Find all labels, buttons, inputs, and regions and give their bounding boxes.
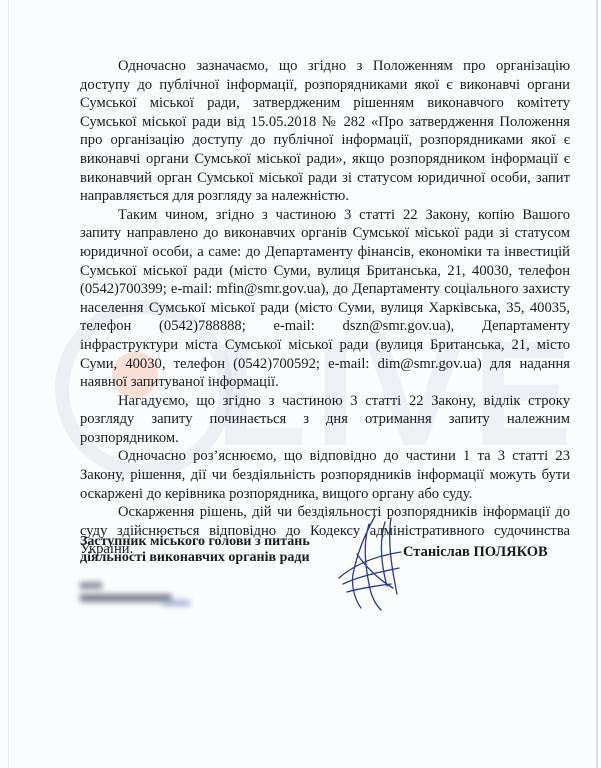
letter-body: Одночасно зазначаємо, що згідно з Положе… [80, 57, 570, 559]
page-edge-right [596, 0, 598, 768]
signatory-title-line1: Заступник міського голови з питань [80, 534, 320, 550]
paragraph-access-regulation: Одночасно зазначаємо, що згідно з Положе… [80, 57, 570, 206]
handwritten-signature-icon [335, 514, 405, 614]
signatory-title: Заступник міського голови з питань діяль… [80, 534, 320, 566]
paragraph-reminder: Нагадуємо, що згідно з частиною 3 статті… [80, 392, 570, 448]
signatory-title-line2: діяльності виконавчих органів ради [80, 550, 320, 566]
redacted-executor-info [80, 582, 190, 608]
signature-block: Заступник міського голови з питань діяль… [80, 534, 580, 624]
signatory-name: Станіслав ПОЛЯКОВ [403, 544, 548, 561]
paragraph-request-forwarded: Таким чином, згідно з частиною 3 статті … [80, 206, 570, 392]
page-edge-left [8, 0, 9, 768]
paragraph-appeal-rights: Одночасно роз’яснюємо, що відповідно до … [80, 447, 570, 503]
